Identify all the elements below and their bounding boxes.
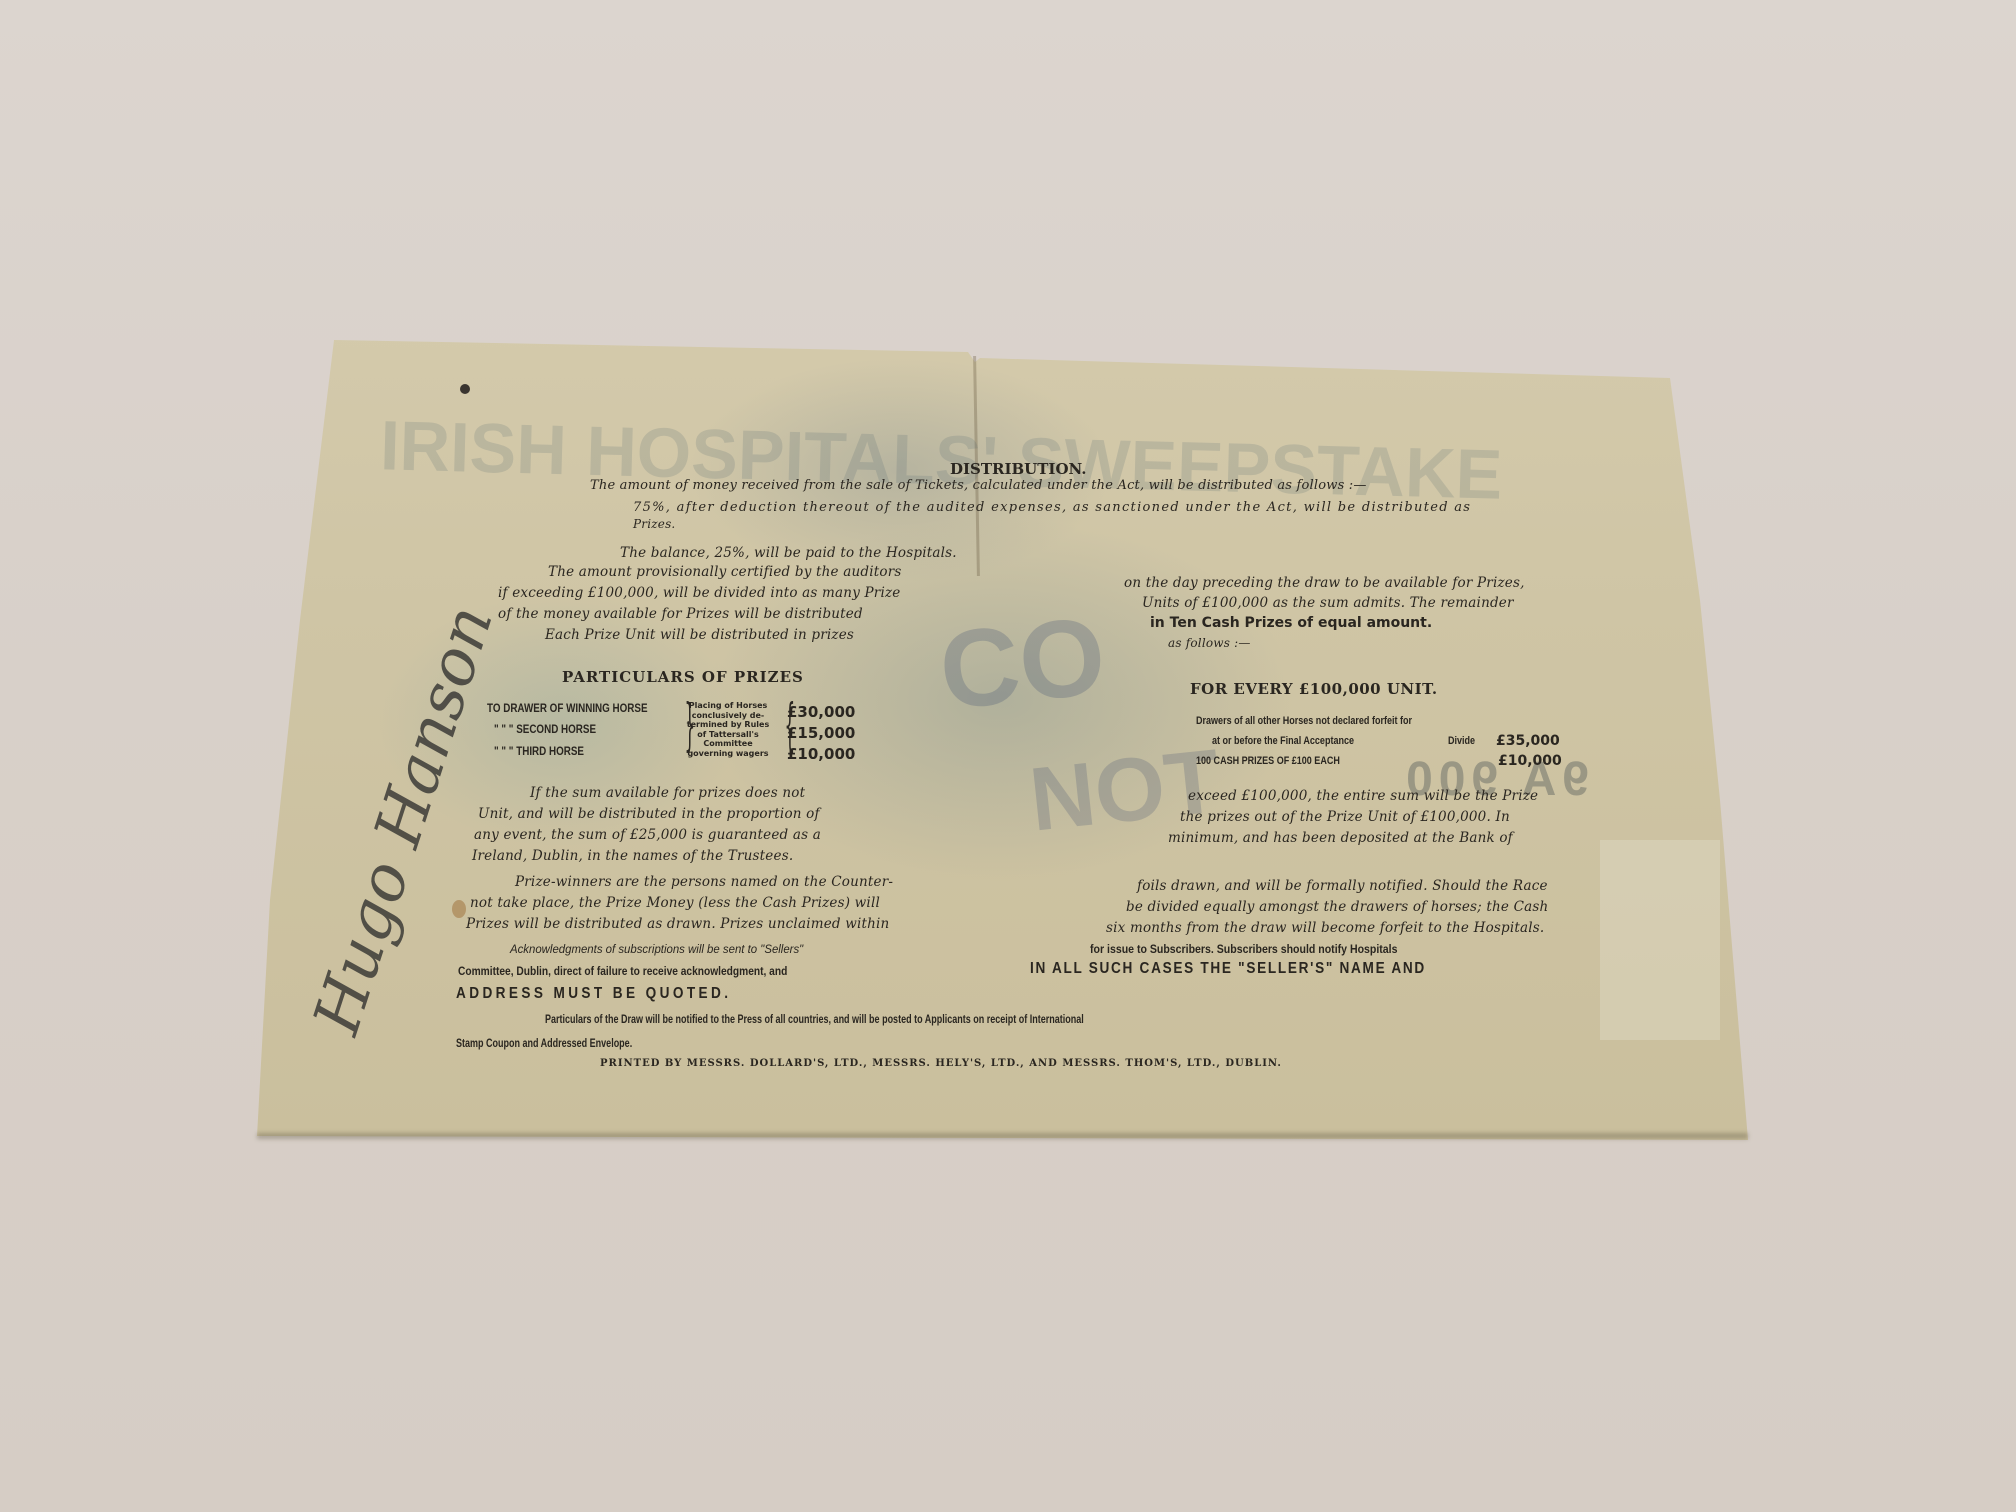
left-col2-line: Ireland, Dublin, in the names of the Tru… xyxy=(472,848,793,864)
ticket-shadow xyxy=(257,1133,1748,1139)
sweepstake-ticket xyxy=(0,0,2016,1512)
other-prizes-line2: at or before the Final Acceptance xyxy=(1212,735,1354,747)
right-col2-line: minimum, and has been deposited at the B… xyxy=(1168,830,1513,846)
right-col2-line: six months from the draw will become for… xyxy=(1106,920,1544,936)
right-col2-line: the prizes out of the Prize Unit of £100… xyxy=(1180,809,1510,825)
left-col-line: if exceeding £100,000, will be divided i… xyxy=(498,585,900,601)
left-col-line: The amount provisionally certified by th… xyxy=(548,564,901,580)
warning-box-bleedthrough xyxy=(1600,840,1720,1040)
ink-spot xyxy=(460,384,470,394)
right-col2-line: exceed £100,000, the entire sum will be … xyxy=(1188,788,1538,804)
draw-line2: Stamp Coupon and Addressed Envelope. xyxy=(456,1036,632,1050)
ten-cash-prizes-line: in Ten Cash Prizes of equal amount. xyxy=(1150,615,1432,631)
left-col2-line: not take place, the Prize Money (less th… xyxy=(470,895,880,911)
right-col2-line: foils drawn, and will be formally notifi… xyxy=(1137,878,1548,894)
distribution-para-line3: Prizes. xyxy=(633,517,675,531)
cash-prizes-amount: £10,000 xyxy=(1498,753,1562,769)
right-col-line: as follows :— xyxy=(1168,636,1251,650)
divide-label: Divide xyxy=(1448,735,1475,747)
rust-stain xyxy=(452,900,466,918)
divide-amount: £35,000 xyxy=(1496,733,1560,749)
ack-line2: Committee, Dublin, direct of failure to … xyxy=(458,964,787,978)
prize-label-first: TO DRAWER OF WINNING HORSE xyxy=(487,701,648,715)
prize-amount-second: £15,000 xyxy=(787,724,855,742)
ack-line2-bold: IN ALL SUCH CASES THE "SELLER'S" NAME AN… xyxy=(1030,960,1426,978)
left-col2-line: If the sum available for prizes does not xyxy=(530,785,805,801)
placing-note: Placing of Horses conclusively de- termi… xyxy=(682,701,774,758)
right-col2-line: be divided equally amongst the drawers o… xyxy=(1126,899,1548,915)
prize-label-third: " " " THIRD HORSE xyxy=(494,744,584,758)
bleedthrough-stamp: CO xyxy=(934,592,1111,736)
draw-line1: Particulars of the Draw will be notified… xyxy=(545,1012,1084,1026)
left-col-line: of the money available for Prizes will b… xyxy=(498,606,863,622)
right-col-line: Units of £100,000 as the sum admits. The… xyxy=(1142,595,1514,611)
other-prizes-line1: Drawers of all other Horses not declared… xyxy=(1196,715,1412,727)
particulars-heading: PARTICULARS OF PRIZES xyxy=(562,668,804,686)
ack-line1-left: Acknowledgments of subscriptions will be… xyxy=(510,942,803,956)
prize-label-second: " " " SECOND HORSE xyxy=(494,722,596,736)
left-col2-line: any event, the sum of £25,000 is guarant… xyxy=(474,827,821,843)
left-col2-line: Prize-winners are the persons named on t… xyxy=(515,874,893,890)
prize-amount-first: £30,000 xyxy=(787,703,855,721)
left-col2-line: Unit, and will be distributed in the pro… xyxy=(478,806,820,822)
distribution-para-line1: The amount of money received from the sa… xyxy=(590,478,1367,493)
right-col-line: on the day preceding the draw to be avai… xyxy=(1124,575,1525,591)
ack-line1-right: for issue to Subscribers. Subscribers sh… xyxy=(1090,942,1397,956)
ack-line3-bold: ADDRESS MUST BE QUOTED. xyxy=(456,985,731,1003)
printer-line: PRINTED BY MESSRS. DOLLARD'S, LTD., MESS… xyxy=(600,1058,1282,1069)
balance-line: The balance, 25%, will be paid to the Ho… xyxy=(620,545,957,561)
cash-prizes-label: 100 CASH PRIZES OF £100 EACH xyxy=(1196,755,1340,767)
prize-amount-third: £10,000 xyxy=(787,745,855,763)
distribution-heading: DISTRIBUTION. xyxy=(950,460,1086,478)
unit-heading: FOR EVERY £100,000 UNIT. xyxy=(1190,680,1438,698)
left-col-line: Each Prize Unit will be distributed in p… xyxy=(545,627,854,643)
left-col2-line: Prizes will be distributed as drawn. Pri… xyxy=(466,916,889,932)
distribution-para-line2: 75%, after deduction thereout of the aud… xyxy=(633,500,1471,515)
